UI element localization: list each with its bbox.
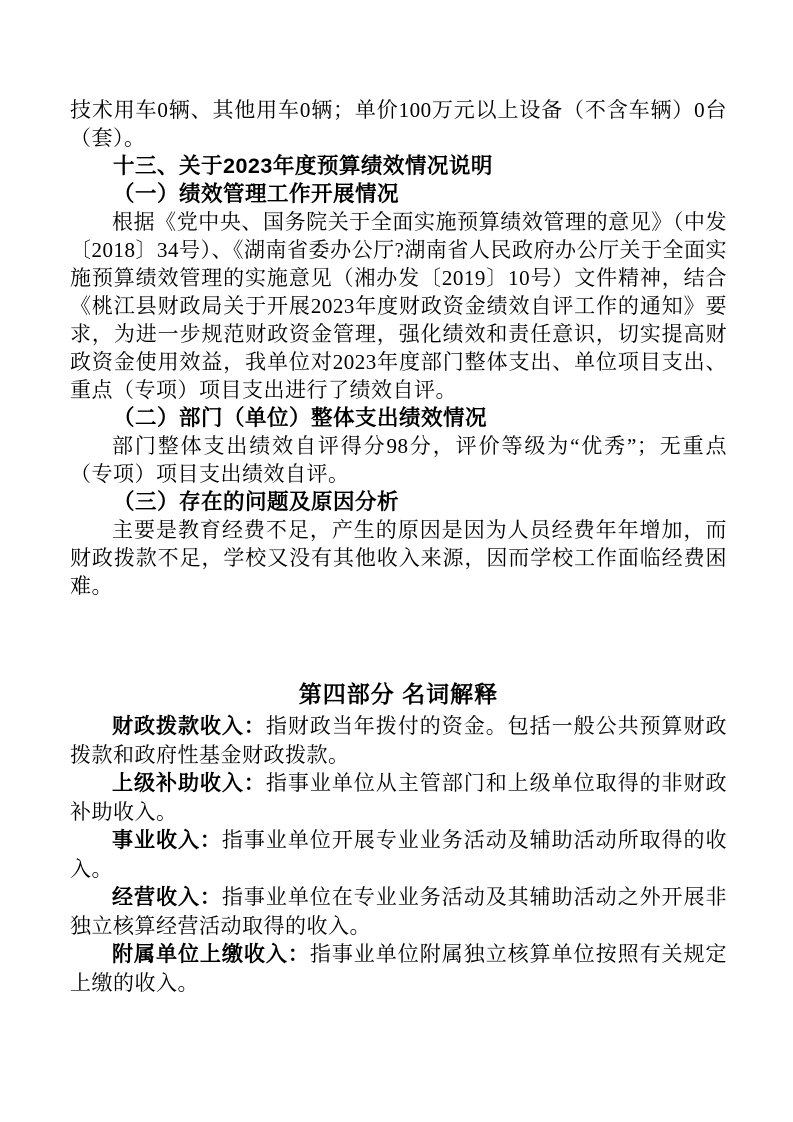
part-4-title: 第四部分 名词解释 — [70, 679, 727, 709]
definition-business-income: 经营收入：指事业单位在专业业务活动及其辅助活动之外开展非独立核算经营活动取得的收… — [70, 883, 727, 940]
definition-fiscal-appropriation-income: 财政拨款收入：指财政当年拨付的资金。包括一般公共预算财政拨款和政府性基金财政拨款… — [70, 712, 727, 769]
definition-term: 经营收入： — [112, 886, 222, 909]
definition-superior-subsidy-income: 上级补助收入：指事业单位从主管部门和上级单位取得的非财政补助收入。 — [70, 769, 727, 826]
subsection-1-body: 根据《党中央、国务院关于全面实施预算绩效管理的意见》（中发〔2018〕34号）、… — [70, 208, 727, 404]
section-13-heading: 十三、关于2023年度预算绩效情况说明 — [70, 152, 727, 180]
subsection-3-body: 主要是教育经费不足，产生的原因是因为人员经费年年增加，而财政拨款不足，学校又没有… — [70, 516, 727, 600]
definition-term: 上级补助收入： — [112, 772, 266, 795]
definition-affiliated-unit-remittance-income: 附属单位上缴收入：指事业单位附属独立核算单位按照有关规定上缴的收入。 — [70, 940, 727, 997]
document-page: 技术用车0辆、其他用车0辆；单价100万元以上设备（不含车辆）0台（套）。 十三… — [0, 0, 793, 1122]
definition-term: 附属单位上缴收入： — [112, 943, 310, 966]
paragraph-vehicle-equipment-continuation: 技术用车0辆、其他用车0辆；单价100万元以上设备（不含车辆）0台（套）。 — [70, 96, 727, 152]
subsection-2-heading: （二）部门（单位）整体支出绩效情况 — [70, 404, 727, 432]
subsection-1-heading: （一）绩效管理工作开展情况 — [70, 180, 727, 208]
subsection-3-heading: （三）存在的问题及原因分析 — [70, 488, 727, 516]
definition-operational-income: 事业收入：指事业单位开展专业业务活动及辅助活动所取得的收入。 — [70, 826, 727, 883]
definition-term: 财政拨款收入： — [112, 715, 266, 738]
definition-term: 事业收入： — [112, 829, 222, 852]
subsection-2-body: 部门整体支出绩效自评得分98分，评价等级为“优秀”；无重点（专项）项目支出绩效自… — [70, 432, 727, 488]
